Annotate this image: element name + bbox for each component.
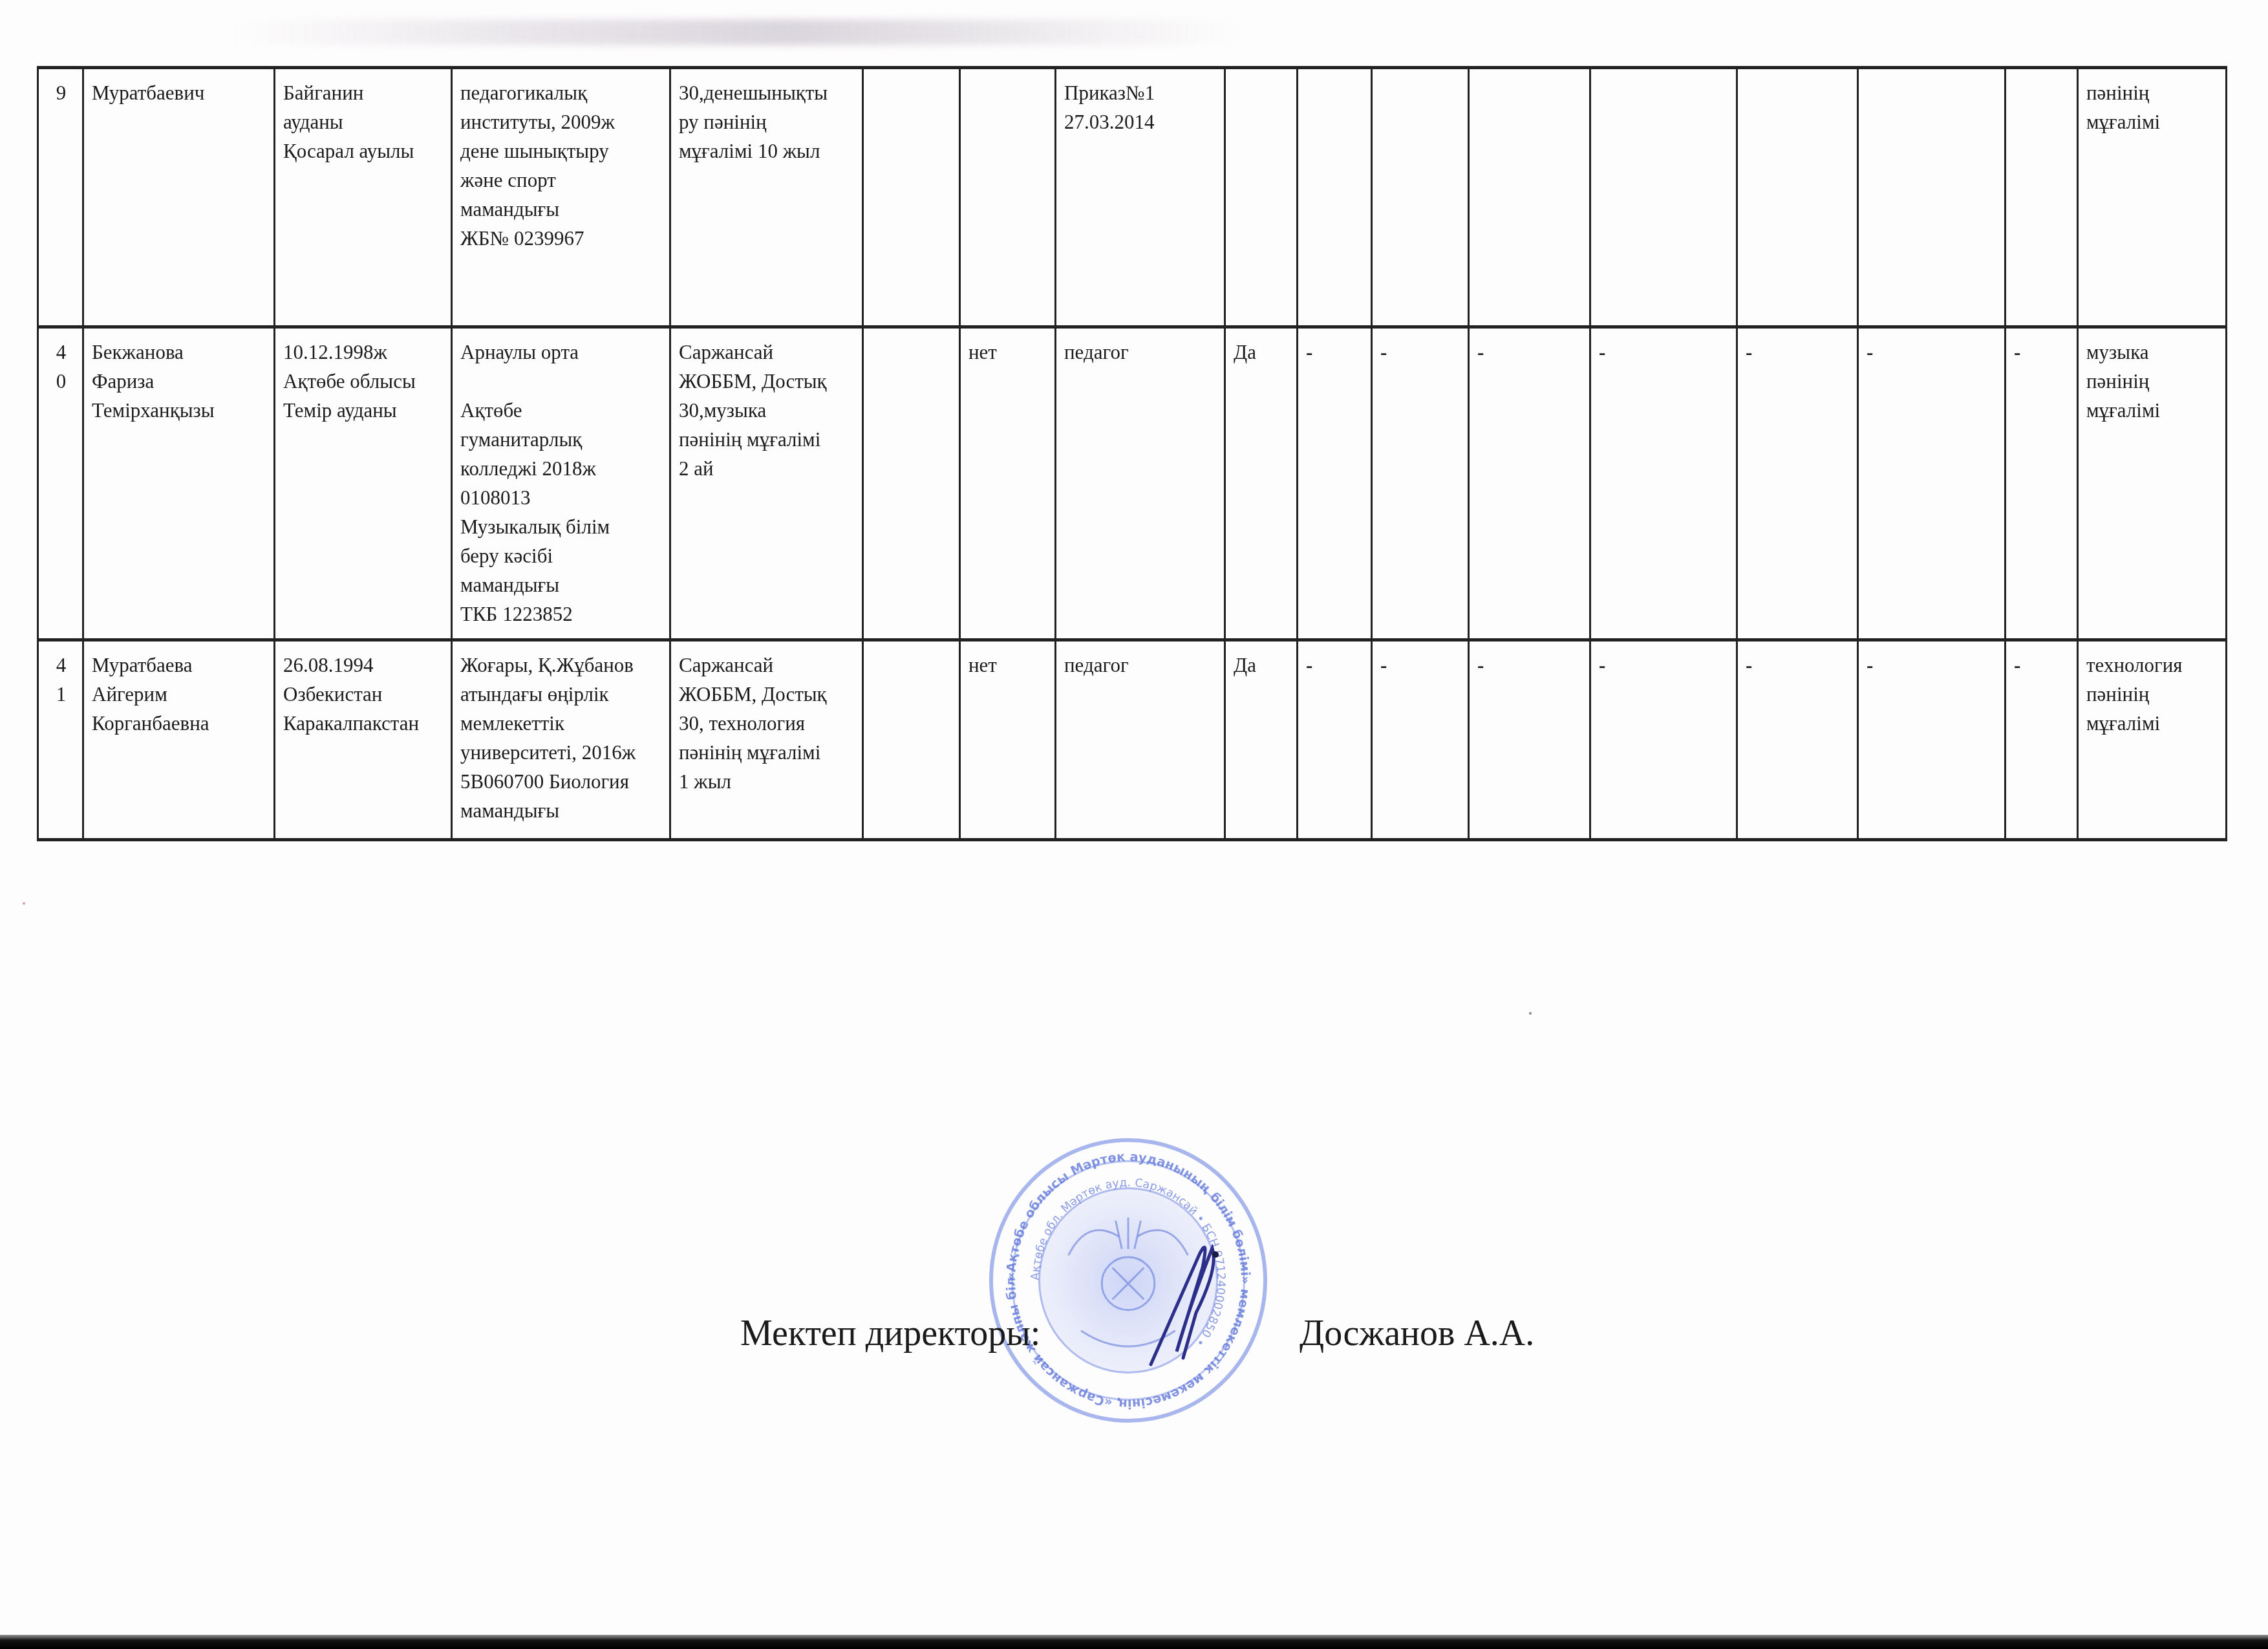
cell-line: ЖОББМ, Достық [679,680,855,709]
stamp-text-ring: «Ақтөбе облысы Мәртөк ауданының білім бө… [993,1142,1263,1419]
cell-line: пәнінің [2086,680,2219,709]
cell-line: Қосарал ауылы [283,136,444,166]
dash-cell-text: - [2014,341,2020,363]
dash-cell-text: - [2014,654,2020,676]
dash-cell: - [1469,327,1590,640]
cell-line: және спорт [460,166,663,195]
full-name-cell: БекжановаФаризаТемірханқызы [83,327,275,640]
cell-line: Байганин [283,78,444,107]
dash-cell-text: - [1599,341,1605,363]
dash-cell-text: - [1867,341,1873,363]
signature-block: Мектеп директоры: Досжанов А.А. [740,1313,1581,1371]
cell-line: мамандығы [460,195,663,224]
cell-line: институты, 2009ж [460,107,663,136]
cell-line: колледжі 2018ж [460,454,663,483]
official-stamp: «Ақтөбе облысы Мәртөк ауданының білім бө… [989,1138,1267,1423]
cell-line: гуманитарлық [460,425,663,454]
dash-cell-text: - [1306,341,1312,363]
birth-info-cell: БайганинауданыҚосарал ауылы [275,68,452,327]
column-9-cell [1225,68,1298,327]
dash-cell [1590,68,1737,327]
cell-line: педагог [1064,651,1217,680]
table-row: 9МуратбаевичБайганинауданыҚосарал ауылып… [38,68,2227,327]
cell-line: мамандығы [460,796,663,825]
dash-cell [1298,68,1372,327]
order-category-cell: педагог [1056,640,1225,840]
cell-line: 4 [47,651,76,680]
cell-line: мемлекеттік [460,709,663,738]
dash-cell-text: - [1599,654,1605,676]
birth-info-cell: 10.12.1998жАқтөбе облысыТемір ауданы [275,327,452,640]
dash-cell: - [1590,327,1737,640]
column-6-cell [863,68,960,327]
cell-line: 1 жыл [679,767,855,796]
cell-line: Приказ№1 [1064,78,1217,107]
cell-line: мұғалімі 10 жыл [679,136,855,166]
dash-cell: - [2006,327,2078,640]
staff-table: 9МуратбаевичБайганинауданыҚосарал ауылып… [37,66,2227,841]
cell-line: пәнінің мұғалімі [679,425,855,454]
cell-line: ТКБ 1223852 [460,599,663,629]
cell-line: Музыкалық білім [460,512,663,541]
cell-line: 10.12.1998ж [283,338,444,367]
dash-cell: - [1469,640,1590,840]
cell-line: 9 [47,78,76,107]
dash-cell-text: - [1867,654,1873,676]
cell-line: пәнінің мұғалімі [679,738,855,767]
dash-cell: - [1590,640,1737,840]
order-category-cell: педагог [1056,327,1225,640]
full-name-cell: Муратбаевич [83,68,275,327]
position-cell: технологияпәнініңмұғалімі [2078,640,2227,840]
dash-cell-text: - [1380,341,1387,363]
cell-line: мұғалімі [2086,107,2219,136]
cell-line: Каракалпакстан [283,709,444,738]
position-cell: музыкапәнініңмұғалімі [2078,327,2227,640]
cell-line: 27.03.2014 [1064,107,1217,136]
table-row: 41МуратбаеваАйгеримКорганбаевна26.08.199… [38,640,2227,840]
scan-speck [23,902,25,905]
cell-line: 4 [47,338,76,367]
dash-cell [2006,68,2078,327]
cell-line: Корганбаевна [92,709,267,738]
dash-cell: - [1858,327,2006,640]
cell-line: Муратбаевич [92,78,267,107]
dash-cell [1469,68,1590,327]
dash-cell [1737,68,1858,327]
column-7-cell-text: нет [968,654,997,676]
education-cell: педагогикалықинституты, 2009ждене шынықт… [452,68,670,327]
cell-line: Ақтөбе облысы [283,367,444,396]
cell-line: Муратбаева [92,651,267,680]
row-number-cell: 41 [38,640,83,840]
cell-line: 1 [47,680,76,709]
workplace-cell: СаржансайЖОББМ, Достық30,музыкапәнінің м… [670,327,863,640]
column-7-cell-text: нет [968,341,997,363]
dash-cell [1372,68,1469,327]
column-6-cell [863,327,960,640]
cell-line: Саржансай [679,338,855,367]
dash-cell-text: - [1746,341,1752,363]
dash-cell: - [1858,640,2006,840]
dash-cell-text: - [1746,654,1752,676]
row-number-cell: 40 [38,327,83,640]
cell-line: 26.08.1994 [283,651,444,680]
cell-line: 0108013 [460,483,663,512]
full-name-cell: МуратбаеваАйгеримКорганбаевна [83,640,275,840]
dash-cell-text: - [1380,654,1387,676]
director-name: Досжанов А.А. [1300,1313,1534,1354]
education-cell: Арнаулы ортаАқтөбегуманитарлықколледжі 2… [452,327,670,640]
cell-line: ЖБ№ 0239967 [460,224,663,253]
dash-cell-text: - [1477,341,1484,363]
dash-cell: - [1737,640,1858,840]
workplace-cell: СаржансайЖОББМ, Достық30, технологияпәні… [670,640,863,840]
dash-cell: - [1737,327,1858,640]
table-row: 40БекжановаФаризаТемірханқызы10.12.1998ж… [38,327,2227,640]
column-6-cell [863,640,960,840]
cell-line: пәнінің [2086,367,2219,396]
cell-line: Темір ауданы [283,396,444,425]
dash-cell: - [1298,640,1372,840]
signature-label: Мектеп директоры: [740,1313,1040,1354]
cell-line: мұғалімі [2086,709,2219,738]
workplace-cell: 30,денешынықтыру пәнініңмұғалімі 10 жыл [670,68,863,327]
cell-line: технология [2086,651,2219,680]
cell-line: Арнаулы орта [460,338,663,367]
cell-line: Фариза [92,367,267,396]
cell-line: Ақтөбе [460,396,663,425]
cell-line: музыка [2086,338,2219,367]
cell-line: 30, технология [679,709,855,738]
cell-line: мамандығы [460,570,663,599]
cell-line: университеті, 2016ж [460,738,663,767]
cell-line: пәнінің [2086,78,2219,107]
column-9-cell: Да [1225,327,1298,640]
cell-line: Саржансай [679,651,855,680]
cell-line [460,367,663,396]
cell-line: Бекжанова [92,338,267,367]
cell-line: Жоғары, Қ.Жұбанов [460,651,663,680]
dash-cell-text: - [1306,654,1312,676]
dash-cell: - [1372,327,1469,640]
education-cell: Жоғары, Қ.Жұбановатындағы өңірлікмемлеке… [452,640,670,840]
dash-cell: - [2006,640,2078,840]
dash-cell [1858,68,2006,327]
cell-line: 30,музыка [679,396,855,425]
cell-line: Озбекистан [283,680,444,709]
cell-line: Темірханқызы [92,396,267,425]
column-9-cell-text: Да [1234,341,1256,363]
position-cell: пәнініңмұғалімі [2078,68,2227,327]
column-7-cell [960,68,1056,327]
cell-line: ЖОББМ, Достық [679,367,855,396]
cell-line: педагогикалық [460,78,663,107]
cell-line: беру кәсібі [460,541,663,570]
cell-line: мұғалімі [2086,396,2219,425]
column-9-cell: Да [1225,640,1298,840]
cell-line: 30,денешынықты [679,78,855,107]
scan-speck [1529,1012,1532,1015]
order-category-cell: Приказ№127.03.2014 [1056,68,1225,327]
dash-cell: - [1298,327,1372,640]
row-number-cell: 9 [38,68,83,327]
cell-line: атындағы өңірлік [460,680,663,709]
cell-line: ауданы [283,107,444,136]
birth-info-cell: 26.08.1994ОзбекистанКаракалпакстан [275,640,452,840]
cell-line: 5В060700 Биология [460,767,663,796]
dash-cell-text: - [1477,654,1484,676]
cell-line: ру пәнінің [679,107,855,136]
dash-cell: - [1372,640,1469,840]
column-7-cell: нет [960,640,1056,840]
cell-line: 2 ай [679,454,855,483]
cell-line: педагог [1064,338,1217,367]
scan-edge [0,1635,2268,1649]
column-7-cell: нет [960,327,1056,640]
column-9-cell-text: Да [1234,654,1256,676]
cell-line: дене шынықтыру [460,136,663,166]
scan-smudge [233,19,1241,45]
cell-line: 0 [47,367,76,396]
cell-line: Айгерим [92,680,267,709]
